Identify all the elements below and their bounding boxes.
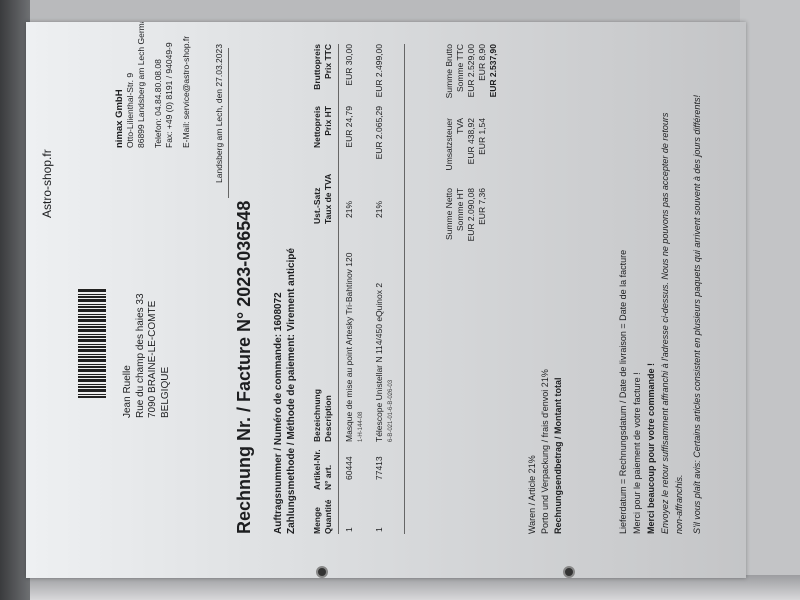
header-text: Summe Brutto (444, 44, 455, 106)
total-gross-goods: EUR 2.529,00 (466, 44, 477, 106)
total-net-shipping: EUR 7,36 (477, 188, 488, 248)
row-vat: 21% (374, 201, 385, 218)
binder-ring (316, 566, 328, 578)
table-row: 1 60444 Masque de mise au point Artesky … (344, 44, 374, 534)
col-net-header: Nettopreis Prix HT (312, 106, 334, 158)
row-sku: 1-H-144-08 (356, 412, 367, 442)
header-text: Description (323, 389, 334, 442)
invoice-page: Astro-shop.fr Jean Ruelle Rue du champ d… (26, 22, 746, 578)
invoice-date: Landsberg am Lech, den 27.03.2023 (214, 44, 224, 183)
invoice-notes: Lieferdatum = Rechnungsdatum / Date de l… (616, 95, 704, 534)
totals-tax-column: Umsatzsteuer TVA EUR 438,92 EUR 1,54 (444, 118, 488, 176)
header-text: Summe Netto (444, 188, 455, 248)
vendor-phone: Telefon: 04.84.80.08.08 (153, 22, 164, 148)
note-advice: S'il vous plaît avis: Certains articles … (690, 95, 704, 534)
header-text: Ust.-Satz (312, 174, 323, 224)
row-article: 60444 (344, 456, 355, 480)
vendor-name: nimax GmbH (114, 89, 125, 148)
total-tax-shipping: EUR 1,54 (477, 118, 488, 176)
note-thanks-payment: Merci pour le paiement de votre facture … (630, 95, 644, 534)
header-text: Nettopreis (312, 106, 323, 158)
vendor-address: nimax GmbH Otto-Lilienthal-Str. 9 86899 … (114, 22, 192, 148)
col-gross-header: Bruttopreis Prix TTC (312, 44, 334, 100)
total-gross-shipping: EUR 8,90 (477, 44, 488, 106)
header-text: Artikel-Nr. (312, 449, 323, 490)
note-returns: Envoyez le retour suffisamment affranchi… (658, 95, 672, 534)
row-net: EUR 2.065,29 (374, 106, 385, 164)
col-vat-header: Ust.-Satz Taux de TVA (312, 174, 334, 224)
payment-method: Zahlungsmethode / Méthode de paiement: V… (285, 248, 298, 534)
recipient-country: BELGIQUE (160, 293, 173, 418)
totals-gross-column: Summe Brutto Somme TTC EUR 2.529,00 EUR … (444, 44, 499, 106)
row-sku: 6-B-021-01-6-B-026-03 (386, 380, 397, 442)
row-gross: EUR 2.499,00 (374, 44, 385, 100)
totals-net-column: Summe Netto Somme HT EUR 2.090,08 EUR 7,… (444, 188, 488, 248)
col-desc-header: Bezeichnung Description (312, 389, 334, 442)
barcode (78, 288, 106, 398)
vendor-city: 86899 Landsberg am Lech Germany (136, 22, 147, 148)
row-net: EUR 24,79 (344, 106, 355, 154)
header-text: Somme HT (455, 188, 466, 248)
order-number: Auftragsnummer / Numéro de commande: 160… (272, 248, 285, 534)
invoice-total: EUR 2.537,90 (488, 44, 499, 106)
label-total: Rechnungsendbetrag / Montant total (552, 369, 565, 534)
header-text: Somme TTC (455, 44, 466, 106)
invoice-title: Rechnung Nr. / Facture N° 2023-036548 (234, 201, 255, 534)
header-text: Prix HT (323, 106, 334, 158)
row-qty: 1 (374, 527, 385, 532)
total-tax-goods: EUR 438,92 (466, 118, 477, 176)
header-text: Menge (312, 500, 323, 534)
recipient-name: Jean Ruelle (122, 293, 135, 418)
header-text: Bruttopreis (312, 44, 323, 100)
divider (404, 44, 405, 534)
binder-ring (563, 566, 575, 578)
row-article: 77413 (374, 456, 385, 480)
recipient-address: Jean Ruelle Rue du champ des haies 33 70… (122, 293, 172, 418)
table-row: 1 77413 Télescope Unistellar N 114/450 e… (374, 44, 404, 534)
total-net-goods: EUR 2.090,08 (466, 188, 477, 248)
label-shipping: Porto und Verpackung / frais d'envoi 21% (539, 369, 552, 534)
divider (228, 48, 229, 198)
header-text: N° art. (323, 449, 334, 490)
row-desc: Masque de mise au point Artesky Tri-Baht… (344, 253, 355, 442)
row-vat: 21% (344, 201, 355, 218)
header-text: Quantité (323, 500, 334, 534)
recipient-street: Rue du champ des haies 33 (135, 293, 148, 418)
vendor-fax: Fax: +49 (0) 8191 / 94049-9 (164, 22, 175, 148)
divider (338, 44, 339, 534)
recipient-city: 7090 BRAINE-LE-COMTE (147, 293, 160, 418)
invoice-meta: Auftragsnummer / Numéro de commande: 160… (272, 248, 298, 534)
row-desc: Télescope Unistellar N 114/450 eQuinox 2 (374, 283, 385, 442)
header-text: Bezeichnung (312, 389, 323, 442)
col-qty-header: Menge Quantité (312, 500, 334, 534)
header-text: Umsatzsteuer (444, 118, 455, 176)
background-paper-edge (740, 0, 800, 600)
col-article-header: Artikel-Nr. N° art. (312, 449, 334, 490)
vendor-email: E-Mail: service@astro-shop.fr (181, 22, 192, 148)
vendor-street: Otto-Lilienthal-Str. 9 (125, 22, 136, 148)
label-goods: Waren / Article 21% (526, 369, 539, 534)
row-qty: 1 (344, 527, 355, 532)
note-delivery: Lieferdatum = Rechnungsdatum / Date de l… (616, 95, 630, 534)
row-gross: EUR 30,00 (344, 44, 355, 100)
note-returns-cont: non-affranchis. (672, 95, 686, 534)
background-binder-edge (30, 575, 800, 600)
header-text: TVA (455, 118, 466, 176)
invoice-paper: Astro-shop.fr Jean Ruelle Rue du champ d… (26, 22, 746, 578)
header-text: Prix TTC (323, 44, 334, 100)
header-text: Taux de TVA (323, 174, 334, 224)
shop-site: Astro-shop.fr (40, 149, 54, 218)
note-thanks-order: Merci beaucoup pour votre commande ! (644, 95, 658, 534)
totals-labels: Waren / Article 21% Porto und Verpackung… (526, 369, 565, 534)
